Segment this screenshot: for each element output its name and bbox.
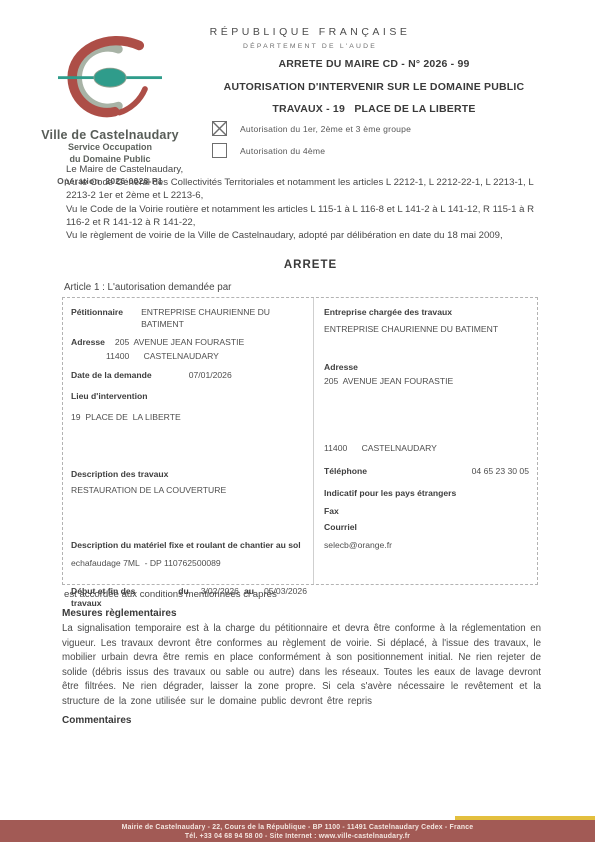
preamble-line-cgct: Vu le Code Général des Collectivités Ter… bbox=[66, 176, 542, 202]
preamble-line-voirie-code: Vu le Code de la Voirie routière et nota… bbox=[66, 203, 542, 229]
checkbox-label-group-4: Autorisation du 4ème bbox=[240, 146, 325, 156]
checkbox-checked-icon bbox=[212, 121, 227, 136]
petitioner-info-table: Pétitionnaire ENTREPRISE CHAURIENNE DU B… bbox=[62, 297, 538, 585]
departement-label: DÉPARTEMENT DE L'AUDE bbox=[198, 43, 422, 50]
telephone-label: Téléphone bbox=[324, 465, 367, 477]
travaux-location-title: TRAVAUX - 19 PLACE DE LA LIBERTE bbox=[188, 103, 560, 115]
checkbox-label-groups-123: Autorisation du 1er, 2ème et 3 ème group… bbox=[240, 124, 411, 134]
org-name: Ville de Castelnaudary bbox=[28, 128, 192, 142]
date-demande-row: Date de la demande 07/01/2026 bbox=[71, 369, 307, 381]
adresse-label: Adresse bbox=[71, 336, 105, 348]
conditions-line: est accordée aux conditions mentionnées … bbox=[64, 589, 277, 600]
description-materiel-label: Description du matériel fixe et roulant … bbox=[71, 539, 307, 551]
indicatif-label: Indicatif pour les pays étrangers bbox=[324, 487, 529, 499]
arrete-heading: ARRETE bbox=[0, 259, 595, 271]
authorization-group-4-row: Autorisation du 4ème bbox=[212, 143, 325, 158]
entreprise-adresse-label: Adresse bbox=[324, 361, 529, 373]
service-line-1: Service Occupation bbox=[28, 142, 192, 154]
fax-label: Fax bbox=[324, 505, 529, 517]
date-demande-value: 07/01/2026 bbox=[189, 369, 232, 381]
document-page: Ville de Castelnaudary Service Occupatio… bbox=[0, 0, 595, 842]
entreprise-adresse-line1: 205 AVENUE JEAN FOURASTIE bbox=[324, 375, 529, 387]
description-travaux-value: RESTAURATION DE LA COUVERTURE bbox=[71, 484, 307, 496]
entreprise-adresse-line2: 11400 CASTELNAUDARY bbox=[324, 442, 529, 454]
castelnaudary-logo-icon bbox=[58, 34, 162, 126]
republique-francaise-label: RÉPUBLIQUE FRANÇAISE bbox=[198, 26, 422, 38]
petitionnaire-value: ENTREPRISE CHAURIENNE DU BATIMENT bbox=[141, 306, 307, 330]
lieu-intervention-label: Lieu d'intervention bbox=[71, 390, 307, 402]
checkbox-unchecked-icon bbox=[212, 143, 227, 158]
date-demande-label: Date de la demande bbox=[71, 369, 152, 381]
arrete-number-title: ARRETE DU MAIRE CD - N° 2026 - 99 bbox=[188, 58, 560, 70]
adresse-line1: 205 AVENUE JEAN FOURASTIE bbox=[115, 336, 244, 348]
mesures-heading: Mesures règlementaires bbox=[62, 608, 177, 619]
preamble-line-reglement: Vu le règlement de voirie de la Ville de… bbox=[66, 229, 542, 242]
mesures-body: La signalisation temporaire est à la cha… bbox=[62, 622, 541, 710]
preamble-line-maire: Le Maire de Castelnaudary, bbox=[66, 163, 542, 176]
telephone-row: Téléphone 04 65 23 30 05 bbox=[324, 465, 529, 477]
courriel-value: selecb@orange.fr bbox=[324, 539, 529, 551]
article1-intro: Article 1 : L'autorisation demandée par bbox=[64, 282, 231, 293]
table-right-column: Entreprise chargée des travaux ENTREPRIS… bbox=[314, 298, 537, 584]
description-materiel-value: echafaudage 7ML - DP 110762500089 bbox=[71, 557, 307, 569]
adresse-row: Adresse 205 AVENUE JEAN FOURASTIE bbox=[71, 336, 307, 348]
telephone-value: 04 65 23 30 05 bbox=[472, 465, 529, 477]
petitionnaire-label: Pétitionnaire bbox=[71, 306, 123, 318]
entreprise-chargee-value: ENTREPRISE CHAURIENNE DU BATIMENT bbox=[324, 323, 529, 335]
description-travaux-label: Description des travaux bbox=[71, 468, 307, 480]
adresse-line2: 11400 CASTELNAUDARY bbox=[106, 350, 307, 362]
entreprise-chargee-label: Entreprise chargée des travaux bbox=[324, 306, 529, 318]
preamble: Le Maire de Castelnaudary, Vu le Code Gé… bbox=[66, 163, 542, 242]
commentaires-heading: Commentaires bbox=[62, 715, 131, 726]
lieu-intervention-value: 19 PLACE DE LA LIBERTE bbox=[71, 411, 307, 423]
footer-band: Mairie de Castelnaudary - 22, Cours de l… bbox=[0, 820, 595, 842]
authorization-group-1-2-3-row: Autorisation du 1er, 2ème et 3 ème group… bbox=[212, 121, 411, 136]
footer-contact-line: Tél. +33 04 68 94 58 00 - Site Internet … bbox=[0, 832, 595, 841]
table-left-column: Pétitionnaire ENTREPRISE CHAURIENNE DU B… bbox=[63, 298, 314, 584]
footer-address-line: Mairie de Castelnaudary - 22, Cours de l… bbox=[0, 820, 595, 832]
autorisation-title: AUTORISATION D'INTERVENIR SUR LE DOMAINE… bbox=[188, 81, 560, 93]
courriel-label: Courriel bbox=[324, 521, 529, 533]
petitionnaire-row: Pétitionnaire ENTREPRISE CHAURIENNE DU B… bbox=[71, 306, 307, 330]
